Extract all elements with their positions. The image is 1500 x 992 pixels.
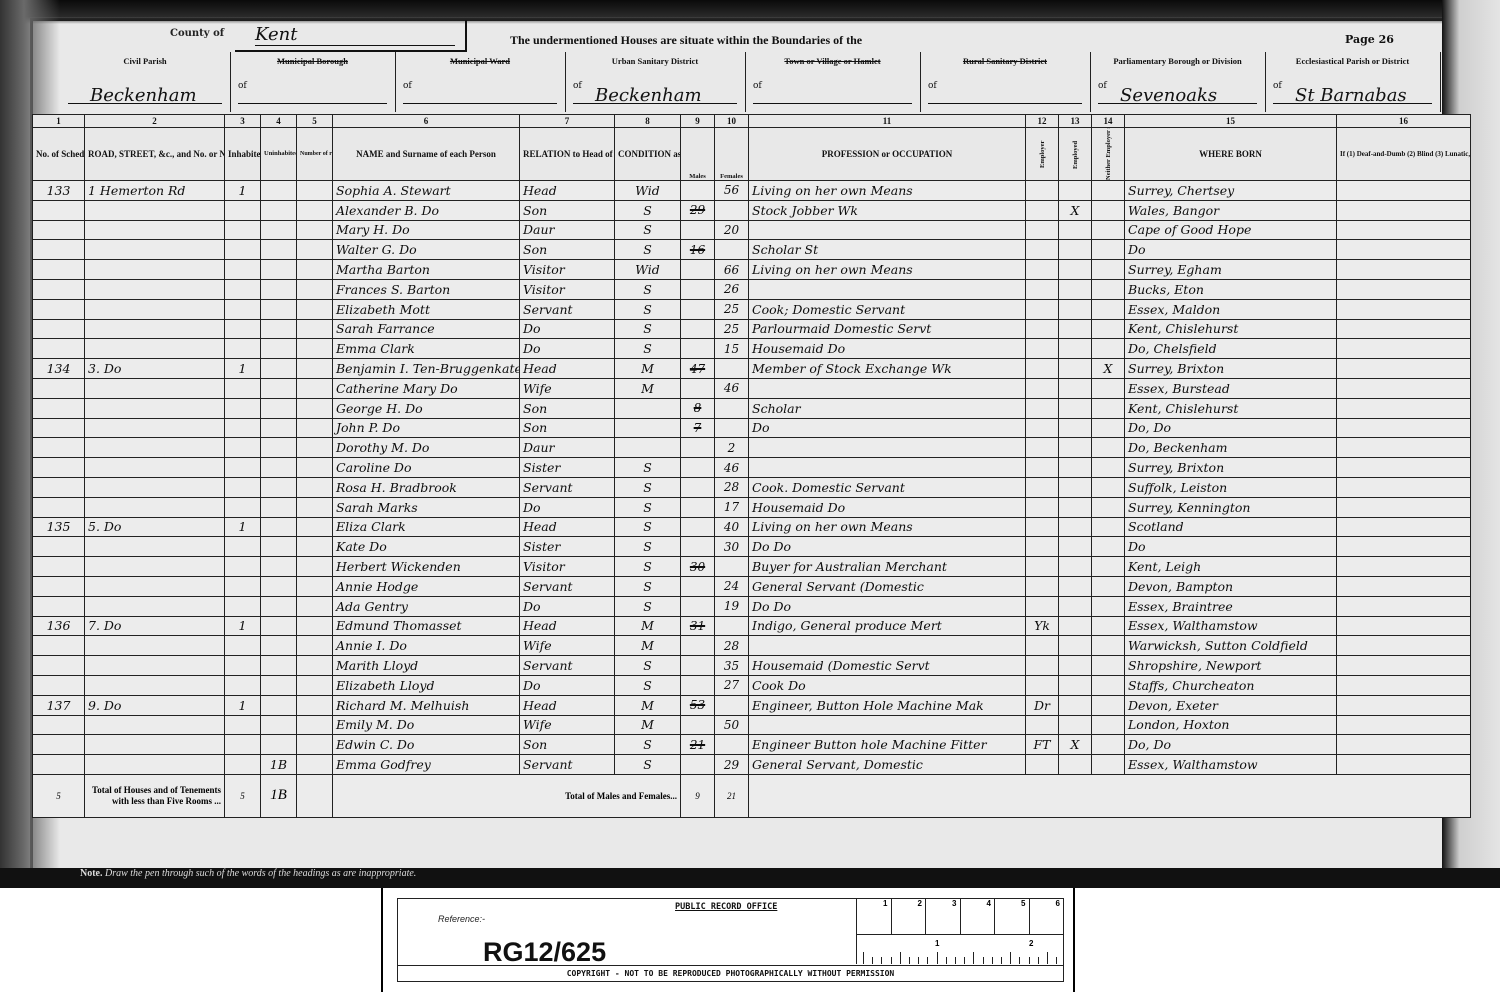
cell-female-age: 50 bbox=[715, 715, 749, 735]
cell-uninhabited bbox=[261, 596, 297, 616]
cell-uninhabited bbox=[261, 517, 297, 537]
cell-male-age bbox=[681, 378, 715, 398]
cell-male-age bbox=[681, 279, 715, 299]
table-row: Alexander B. DoSonS29Stock Jobber WkXWal… bbox=[33, 200, 1471, 220]
cell-inhabited bbox=[225, 715, 261, 735]
cell-rooms bbox=[297, 735, 333, 755]
cell-male-age bbox=[681, 715, 715, 735]
cell-rooms bbox=[297, 755, 333, 775]
header-employer: Employer bbox=[1026, 128, 1059, 181]
scale-tick bbox=[909, 957, 910, 964]
cell-schedule bbox=[33, 537, 85, 557]
cell-uninhabited bbox=[261, 557, 297, 577]
cell-address: 3. Do bbox=[85, 359, 225, 379]
admin-field: Urban Sanitary DistrictofBeckenham bbox=[565, 52, 746, 112]
copyright-notice: COPYRIGHT - NOT TO BE REPRODUCED PHOTOGR… bbox=[398, 965, 1063, 981]
cell-rooms bbox=[297, 537, 333, 557]
table-row: 1331 Hemerton Rd1Sophia A. StewartHeadWi… bbox=[33, 181, 1471, 201]
cell-address bbox=[85, 537, 225, 557]
column-number: 9 bbox=[681, 115, 715, 128]
cell-neither bbox=[1092, 477, 1125, 497]
cell-male-age: 7 bbox=[681, 418, 715, 438]
cell-name: John P. Do bbox=[333, 418, 520, 438]
column-number: 13 bbox=[1059, 115, 1092, 128]
admin-field: Rural Sanitary Districtof bbox=[920, 52, 1091, 112]
cell-born: Surrey, Brixton bbox=[1125, 458, 1337, 478]
cell-schedule bbox=[33, 576, 85, 596]
table-row: Ada GentryDoS19Do DoEssex, Braintree bbox=[33, 596, 1471, 616]
cell-employer bbox=[1026, 576, 1059, 596]
scale-cm: 123456 bbox=[857, 899, 1064, 935]
reference-card-frame: PUBLIC RECORD OFFICE Reference:- RG12/62… bbox=[397, 898, 1064, 982]
cell-male-age bbox=[681, 438, 715, 458]
scale-tick bbox=[872, 957, 873, 964]
admin-field-handwritten: St Barnabas bbox=[1295, 85, 1407, 106]
cell-inhabited bbox=[225, 458, 261, 478]
cell-schedule bbox=[33, 279, 85, 299]
admin-field-handwritten: Beckenham bbox=[595, 85, 702, 106]
cell-female-age: 27 bbox=[715, 675, 749, 695]
cell-male-age: 47 bbox=[681, 359, 715, 379]
cell-condition bbox=[615, 438, 681, 458]
cell-neither bbox=[1092, 735, 1125, 755]
cell-condition: S bbox=[615, 220, 681, 240]
cell-occupation: Member of Stock Exchange Wk bbox=[749, 359, 1026, 379]
cell-condition: S bbox=[615, 675, 681, 695]
cell-employed bbox=[1059, 517, 1092, 537]
cell-relation: Do bbox=[520, 497, 615, 517]
header-employed: Employed bbox=[1059, 128, 1092, 181]
cell-infirmity bbox=[1337, 319, 1471, 339]
cell-address bbox=[85, 576, 225, 596]
cell-employed bbox=[1059, 497, 1092, 517]
cell-male-age bbox=[681, 576, 715, 596]
reference-card: PUBLIC RECORD OFFICE Reference:- RG12/62… bbox=[381, 888, 1075, 992]
cell-rooms bbox=[297, 319, 333, 339]
scale-tick bbox=[1010, 952, 1011, 964]
cell-name: Herbert Wickenden bbox=[333, 557, 520, 577]
cell-schedule bbox=[33, 636, 85, 656]
cell-infirmity bbox=[1337, 755, 1471, 775]
column-number: 1 bbox=[33, 115, 85, 128]
cell-schedule bbox=[33, 398, 85, 418]
cell-neither bbox=[1092, 557, 1125, 577]
cell-female-age: 19 bbox=[715, 596, 749, 616]
cell-born: Shropshire, Newport bbox=[1125, 656, 1337, 676]
cell-address: 1 Hemerton Rd bbox=[85, 181, 225, 201]
cell-name: Eliza Clark bbox=[333, 517, 520, 537]
cell-infirmity bbox=[1337, 378, 1471, 398]
cell-name: Richard M. Melhuish bbox=[333, 695, 520, 715]
table-row: Emma ClarkDoS15Housemaid DoDo, Chelsfiel… bbox=[33, 339, 1471, 359]
column-number: 11 bbox=[749, 115, 1026, 128]
cell-male-age bbox=[681, 339, 715, 359]
cell-infirmity bbox=[1337, 576, 1471, 596]
table-row: Kate DoSisterS30Do DoDo bbox=[33, 537, 1471, 557]
cell-inhabited bbox=[225, 438, 261, 458]
cell-rooms bbox=[297, 299, 333, 319]
table-row: 1BEmma GodfreyServantS29General Servant,… bbox=[33, 755, 1471, 775]
cell-born: Do, Do bbox=[1125, 735, 1337, 755]
cell-address bbox=[85, 240, 225, 260]
cell-occupation bbox=[749, 636, 1026, 656]
cell-condition: M bbox=[615, 715, 681, 735]
cell-inhabited bbox=[225, 576, 261, 596]
cell-employed bbox=[1059, 557, 1092, 577]
cell-inhabited bbox=[225, 755, 261, 775]
cell-male-age: 30 bbox=[681, 557, 715, 577]
cell-employed bbox=[1059, 279, 1092, 299]
cell-infirmity bbox=[1337, 596, 1471, 616]
cell-employer bbox=[1026, 181, 1059, 201]
cell-employer bbox=[1026, 339, 1059, 359]
cell-name: Catherine Mary Do bbox=[333, 378, 520, 398]
cell-infirmity bbox=[1337, 279, 1471, 299]
table-row: Annie HodgeServantS24General Servant (Do… bbox=[33, 576, 1471, 596]
cell-occupation bbox=[749, 438, 1026, 458]
cell-condition: S bbox=[615, 497, 681, 517]
cell-relation: Head bbox=[520, 181, 615, 201]
cell-condition: S bbox=[615, 319, 681, 339]
cell-male-age bbox=[681, 458, 715, 478]
scale-tick bbox=[1029, 957, 1030, 964]
cell-born: Do bbox=[1125, 240, 1337, 260]
scan-shadow-top bbox=[0, 0, 1500, 24]
cell-rooms bbox=[297, 378, 333, 398]
scale-mark: 6 bbox=[1030, 899, 1065, 934]
cell-male-age bbox=[681, 497, 715, 517]
scale-tick bbox=[1047, 952, 1048, 964]
cell-name: Elizabeth Lloyd bbox=[333, 675, 520, 695]
cell-employed bbox=[1059, 596, 1092, 616]
cell-female-age: 2 bbox=[715, 438, 749, 458]
cell-name: Annie Hodge bbox=[333, 576, 520, 596]
cell-uninhabited bbox=[261, 398, 297, 418]
admin-field-prefix: of bbox=[403, 81, 412, 91]
cell-condition: Wid bbox=[615, 260, 681, 280]
cell-infirmity bbox=[1337, 735, 1471, 755]
cell-employer bbox=[1026, 636, 1059, 656]
cell-born: Wales, Bangor bbox=[1125, 200, 1337, 220]
cell-infirmity bbox=[1337, 656, 1471, 676]
page-number: Page 26 bbox=[1345, 33, 1394, 46]
cell-name: George H. Do bbox=[333, 398, 520, 418]
cell-infirmity bbox=[1337, 537, 1471, 557]
table-row: Sarah MarksDoS17Housemaid DoSurrey, Kenn… bbox=[33, 497, 1471, 517]
cell-employer: FT bbox=[1026, 735, 1059, 755]
cell-schedule bbox=[33, 200, 85, 220]
cell-schedule bbox=[33, 675, 85, 695]
cell-address bbox=[85, 220, 225, 240]
cell-neither bbox=[1092, 675, 1125, 695]
cell-uninhabited bbox=[261, 418, 297, 438]
cell-occupation: Parlourmaid Domestic Servt bbox=[749, 319, 1026, 339]
cell-employed bbox=[1059, 656, 1092, 676]
census-table: 12345678910111213141516 No. of Schedule … bbox=[32, 114, 1471, 818]
cell-female-age: 29 bbox=[715, 755, 749, 775]
cell-address bbox=[85, 339, 225, 359]
cell-name: Edwin C. Do bbox=[333, 735, 520, 755]
admin-field-value: Beckenham bbox=[68, 81, 222, 104]
cell-condition: S bbox=[615, 299, 681, 319]
admin-field-value: ofBeckenham bbox=[573, 81, 737, 104]
cell-condition: S bbox=[615, 755, 681, 775]
cell-inhabited: 1 bbox=[225, 517, 261, 537]
cell-schedule bbox=[33, 418, 85, 438]
cell-address bbox=[85, 299, 225, 319]
admin-field-label: Civil Parish bbox=[60, 56, 230, 66]
cell-occupation: Housemaid (Domestic Servt bbox=[749, 656, 1026, 676]
cell-male-age bbox=[681, 477, 715, 497]
cell-neither bbox=[1092, 181, 1125, 201]
scale-tick bbox=[937, 952, 938, 964]
cell-uninhabited bbox=[261, 260, 297, 280]
cell-born: Essex, Burstead bbox=[1125, 378, 1337, 398]
cell-relation: Servant bbox=[520, 656, 615, 676]
cell-employer bbox=[1026, 200, 1059, 220]
county-label: County of bbox=[170, 28, 224, 39]
admin-field-label: Town or Village or Hamlet bbox=[745, 56, 920, 66]
cell-uninhabited bbox=[261, 299, 297, 319]
admin-field-label: Municipal Ward bbox=[395, 56, 565, 66]
footnote-label: Note. bbox=[80, 868, 103, 879]
column-number: 7 bbox=[520, 115, 615, 128]
cell-uninhabited bbox=[261, 616, 297, 636]
scale-label: 2 bbox=[1029, 939, 1033, 948]
cell-born: Staffs, Churcheaton bbox=[1125, 675, 1337, 695]
cell-name: Alexander B. Do bbox=[333, 200, 520, 220]
scale-tick bbox=[900, 952, 901, 964]
table-row: 1379. Do1Richard M. MelhuishHeadM53Engin… bbox=[33, 695, 1471, 715]
cell-female-age bbox=[715, 200, 749, 220]
admin-field: Municipal Boroughof bbox=[230, 52, 396, 112]
cell-born: Bucks, Eton bbox=[1125, 279, 1337, 299]
cell-inhabited bbox=[225, 418, 261, 438]
cell-employed bbox=[1059, 636, 1092, 656]
column-number: 4 bbox=[261, 115, 297, 128]
cell-occupation bbox=[749, 378, 1026, 398]
cell-neither bbox=[1092, 656, 1125, 676]
cell-name: Edmund Thomasset bbox=[333, 616, 520, 636]
cell-infirmity bbox=[1337, 477, 1471, 497]
column-number: 3 bbox=[225, 115, 261, 128]
cell-schedule bbox=[33, 458, 85, 478]
cell-relation: Head bbox=[520, 616, 615, 636]
table-row: Marith LloydServantS35Housemaid (Domesti… bbox=[33, 656, 1471, 676]
cell-schedule: 136 bbox=[33, 616, 85, 636]
total-blank bbox=[749, 774, 1471, 817]
cell-born: Essex, Maldon bbox=[1125, 299, 1337, 319]
cell-employer bbox=[1026, 537, 1059, 557]
table-row: Rosa H. BradbrookServantS28Cook. Domesti… bbox=[33, 477, 1471, 497]
cell-condition: M bbox=[615, 636, 681, 656]
cell-female-age: 56 bbox=[715, 181, 749, 201]
cell-employer bbox=[1026, 458, 1059, 478]
cell-inhabited bbox=[225, 339, 261, 359]
cell-occupation: General Servant, Domestic bbox=[749, 755, 1026, 775]
column-headers: No. of Schedule ROAD, STREET, &c., and N… bbox=[33, 128, 1471, 181]
cell-employed bbox=[1059, 220, 1092, 240]
cell-name: Sarah Farrance bbox=[333, 319, 520, 339]
cell-inhabited bbox=[225, 260, 261, 280]
cell-male-age bbox=[681, 755, 715, 775]
cell-female-age bbox=[715, 557, 749, 577]
cell-employed bbox=[1059, 715, 1092, 735]
cell-employer bbox=[1026, 279, 1059, 299]
cell-neither bbox=[1092, 200, 1125, 220]
cell-address bbox=[85, 715, 225, 735]
cell-rooms bbox=[297, 517, 333, 537]
cell-condition: S bbox=[615, 477, 681, 497]
cell-address bbox=[85, 596, 225, 616]
cell-born: Scotland bbox=[1125, 517, 1337, 537]
table-row: Sarah FarranceDoS25Parlourmaid Domestic … bbox=[33, 319, 1471, 339]
cell-occupation: Indigo, General produce Mert bbox=[749, 616, 1026, 636]
cell-female-age: 46 bbox=[715, 378, 749, 398]
admin-field-handwritten: Sevenoaks bbox=[1120, 85, 1217, 106]
cell-employed bbox=[1059, 616, 1092, 636]
cell-female-age bbox=[715, 240, 749, 260]
cell-employer bbox=[1026, 299, 1059, 319]
table-row: Elizabeth MottServantS25Cook; Domestic S… bbox=[33, 299, 1471, 319]
measurement-scale: 123456 12 bbox=[856, 899, 1064, 964]
cell-occupation: Engineer Button hole Machine Fitter bbox=[749, 735, 1026, 755]
cell-rooms bbox=[297, 656, 333, 676]
cell-female-age: 40 bbox=[715, 517, 749, 537]
cell-relation: Visitor bbox=[520, 557, 615, 577]
cell-male-age bbox=[681, 636, 715, 656]
cell-condition: S bbox=[615, 279, 681, 299]
cell-relation: Head bbox=[520, 695, 615, 715]
cell-born: Surrey, Brixton bbox=[1125, 359, 1337, 379]
cell-neither bbox=[1092, 537, 1125, 557]
cell-address bbox=[85, 398, 225, 418]
cell-condition: M bbox=[615, 359, 681, 379]
scale-tick bbox=[1038, 957, 1039, 964]
page-title: The undermentioned Houses are situate wi… bbox=[510, 33, 862, 48]
header-occupation: PROFESSION or OCCUPATION bbox=[749, 128, 1026, 181]
cell-employer bbox=[1026, 675, 1059, 695]
cell-employed bbox=[1059, 675, 1092, 695]
cell-female-age: 66 bbox=[715, 260, 749, 280]
cell-born: Essex, Braintree bbox=[1125, 596, 1337, 616]
cell-neither: X bbox=[1092, 359, 1125, 379]
column-number: 10 bbox=[715, 115, 749, 128]
cell-name: Emily M. Do bbox=[333, 715, 520, 735]
cell-name: Frances S. Barton bbox=[333, 279, 520, 299]
admin-field-label: Ecclesiastical Parish or District bbox=[1265, 56, 1440, 66]
cell-schedule bbox=[33, 735, 85, 755]
cell-employed bbox=[1059, 755, 1092, 775]
cell-uninhabited bbox=[261, 636, 297, 656]
cell-born: Do bbox=[1125, 537, 1337, 557]
cell-schedule bbox=[33, 715, 85, 735]
cell-inhabited bbox=[225, 220, 261, 240]
cell-rooms bbox=[297, 398, 333, 418]
cell-address bbox=[85, 497, 225, 517]
admin-field-handwritten: Beckenham bbox=[90, 85, 197, 106]
cell-uninhabited bbox=[261, 675, 297, 695]
cell-schedule bbox=[33, 656, 85, 676]
table-row: Catherine Mary DoWifeM46Essex, Burstead bbox=[33, 378, 1471, 398]
total-uninhabited: 1B bbox=[261, 774, 297, 817]
cell-name: Walter G. Do bbox=[333, 240, 520, 260]
cell-infirmity bbox=[1337, 497, 1471, 517]
total-rooms bbox=[297, 774, 333, 817]
cell-rooms bbox=[297, 359, 333, 379]
cell-occupation: Living on her own Means bbox=[749, 260, 1026, 280]
cell-employed bbox=[1059, 339, 1092, 359]
cell-condition: S bbox=[615, 656, 681, 676]
cell-employed bbox=[1059, 537, 1092, 557]
total-persons-label: Total of Males and Females... bbox=[333, 774, 681, 817]
cell-address bbox=[85, 260, 225, 280]
cell-rooms bbox=[297, 695, 333, 715]
cell-born: Do, Do bbox=[1125, 418, 1337, 438]
cell-relation: Do bbox=[520, 339, 615, 359]
cell-relation: Visitor bbox=[520, 279, 615, 299]
cell-neither bbox=[1092, 240, 1125, 260]
header-infirmity: If (1) Deaf-and-Dumb (2) Blind (3) Lunat… bbox=[1337, 128, 1471, 181]
admin-field: Town or Village or Hamletof bbox=[745, 52, 921, 112]
header-schedule: No. of Schedule bbox=[33, 128, 85, 181]
cell-inhabited: 1 bbox=[225, 695, 261, 715]
cell-condition: S bbox=[615, 240, 681, 260]
cell-occupation: Scholar bbox=[749, 398, 1026, 418]
cell-employed bbox=[1059, 299, 1092, 319]
cell-male-age: 8 bbox=[681, 398, 715, 418]
column-number: 16 bbox=[1337, 115, 1471, 128]
scale-mark: 2 bbox=[892, 899, 927, 934]
admin-field-prefix: of bbox=[1273, 81, 1282, 91]
cell-rooms bbox=[297, 260, 333, 280]
cell-infirmity bbox=[1337, 675, 1471, 695]
cell-employed bbox=[1059, 695, 1092, 715]
scale-label: 1 bbox=[935, 939, 939, 948]
cell-born: Devon, Exeter bbox=[1125, 695, 1337, 715]
cell-male-age: 29 bbox=[681, 200, 715, 220]
admin-field-value: of bbox=[403, 81, 557, 104]
cell-born: Surrey, Kennington bbox=[1125, 497, 1337, 517]
cell-inhabited bbox=[225, 378, 261, 398]
cell-female-age: 30 bbox=[715, 537, 749, 557]
cell-occupation: Cook Do bbox=[749, 675, 1026, 695]
cell-employer bbox=[1026, 240, 1059, 260]
cell-occupation: Living on her own Means bbox=[749, 181, 1026, 201]
scale-tick bbox=[1001, 957, 1002, 964]
cell-inhabited: 1 bbox=[225, 359, 261, 379]
admin-field-prefix: of bbox=[573, 81, 582, 91]
scale-tick bbox=[955, 957, 956, 964]
cell-born: Devon, Bampton bbox=[1125, 576, 1337, 596]
scale-mark: 5 bbox=[995, 899, 1030, 934]
cell-occupation: Stock Jobber Wk bbox=[749, 200, 1026, 220]
cell-employed bbox=[1059, 260, 1092, 280]
cell-relation: Son bbox=[520, 240, 615, 260]
cell-male-age bbox=[681, 537, 715, 557]
cell-female-age: 24 bbox=[715, 576, 749, 596]
cell-female-age bbox=[715, 398, 749, 418]
cell-name: Kate Do bbox=[333, 537, 520, 557]
cell-uninhabited bbox=[261, 339, 297, 359]
cell-female-age: 15 bbox=[715, 339, 749, 359]
cell-employer bbox=[1026, 438, 1059, 458]
cell-male-age bbox=[681, 596, 715, 616]
cell-infirmity bbox=[1337, 398, 1471, 418]
admin-field: Ecclesiastical Parish or DistrictofSt Ba… bbox=[1265, 52, 1441, 112]
cell-female-age: 26 bbox=[715, 279, 749, 299]
cell-relation: Do bbox=[520, 319, 615, 339]
